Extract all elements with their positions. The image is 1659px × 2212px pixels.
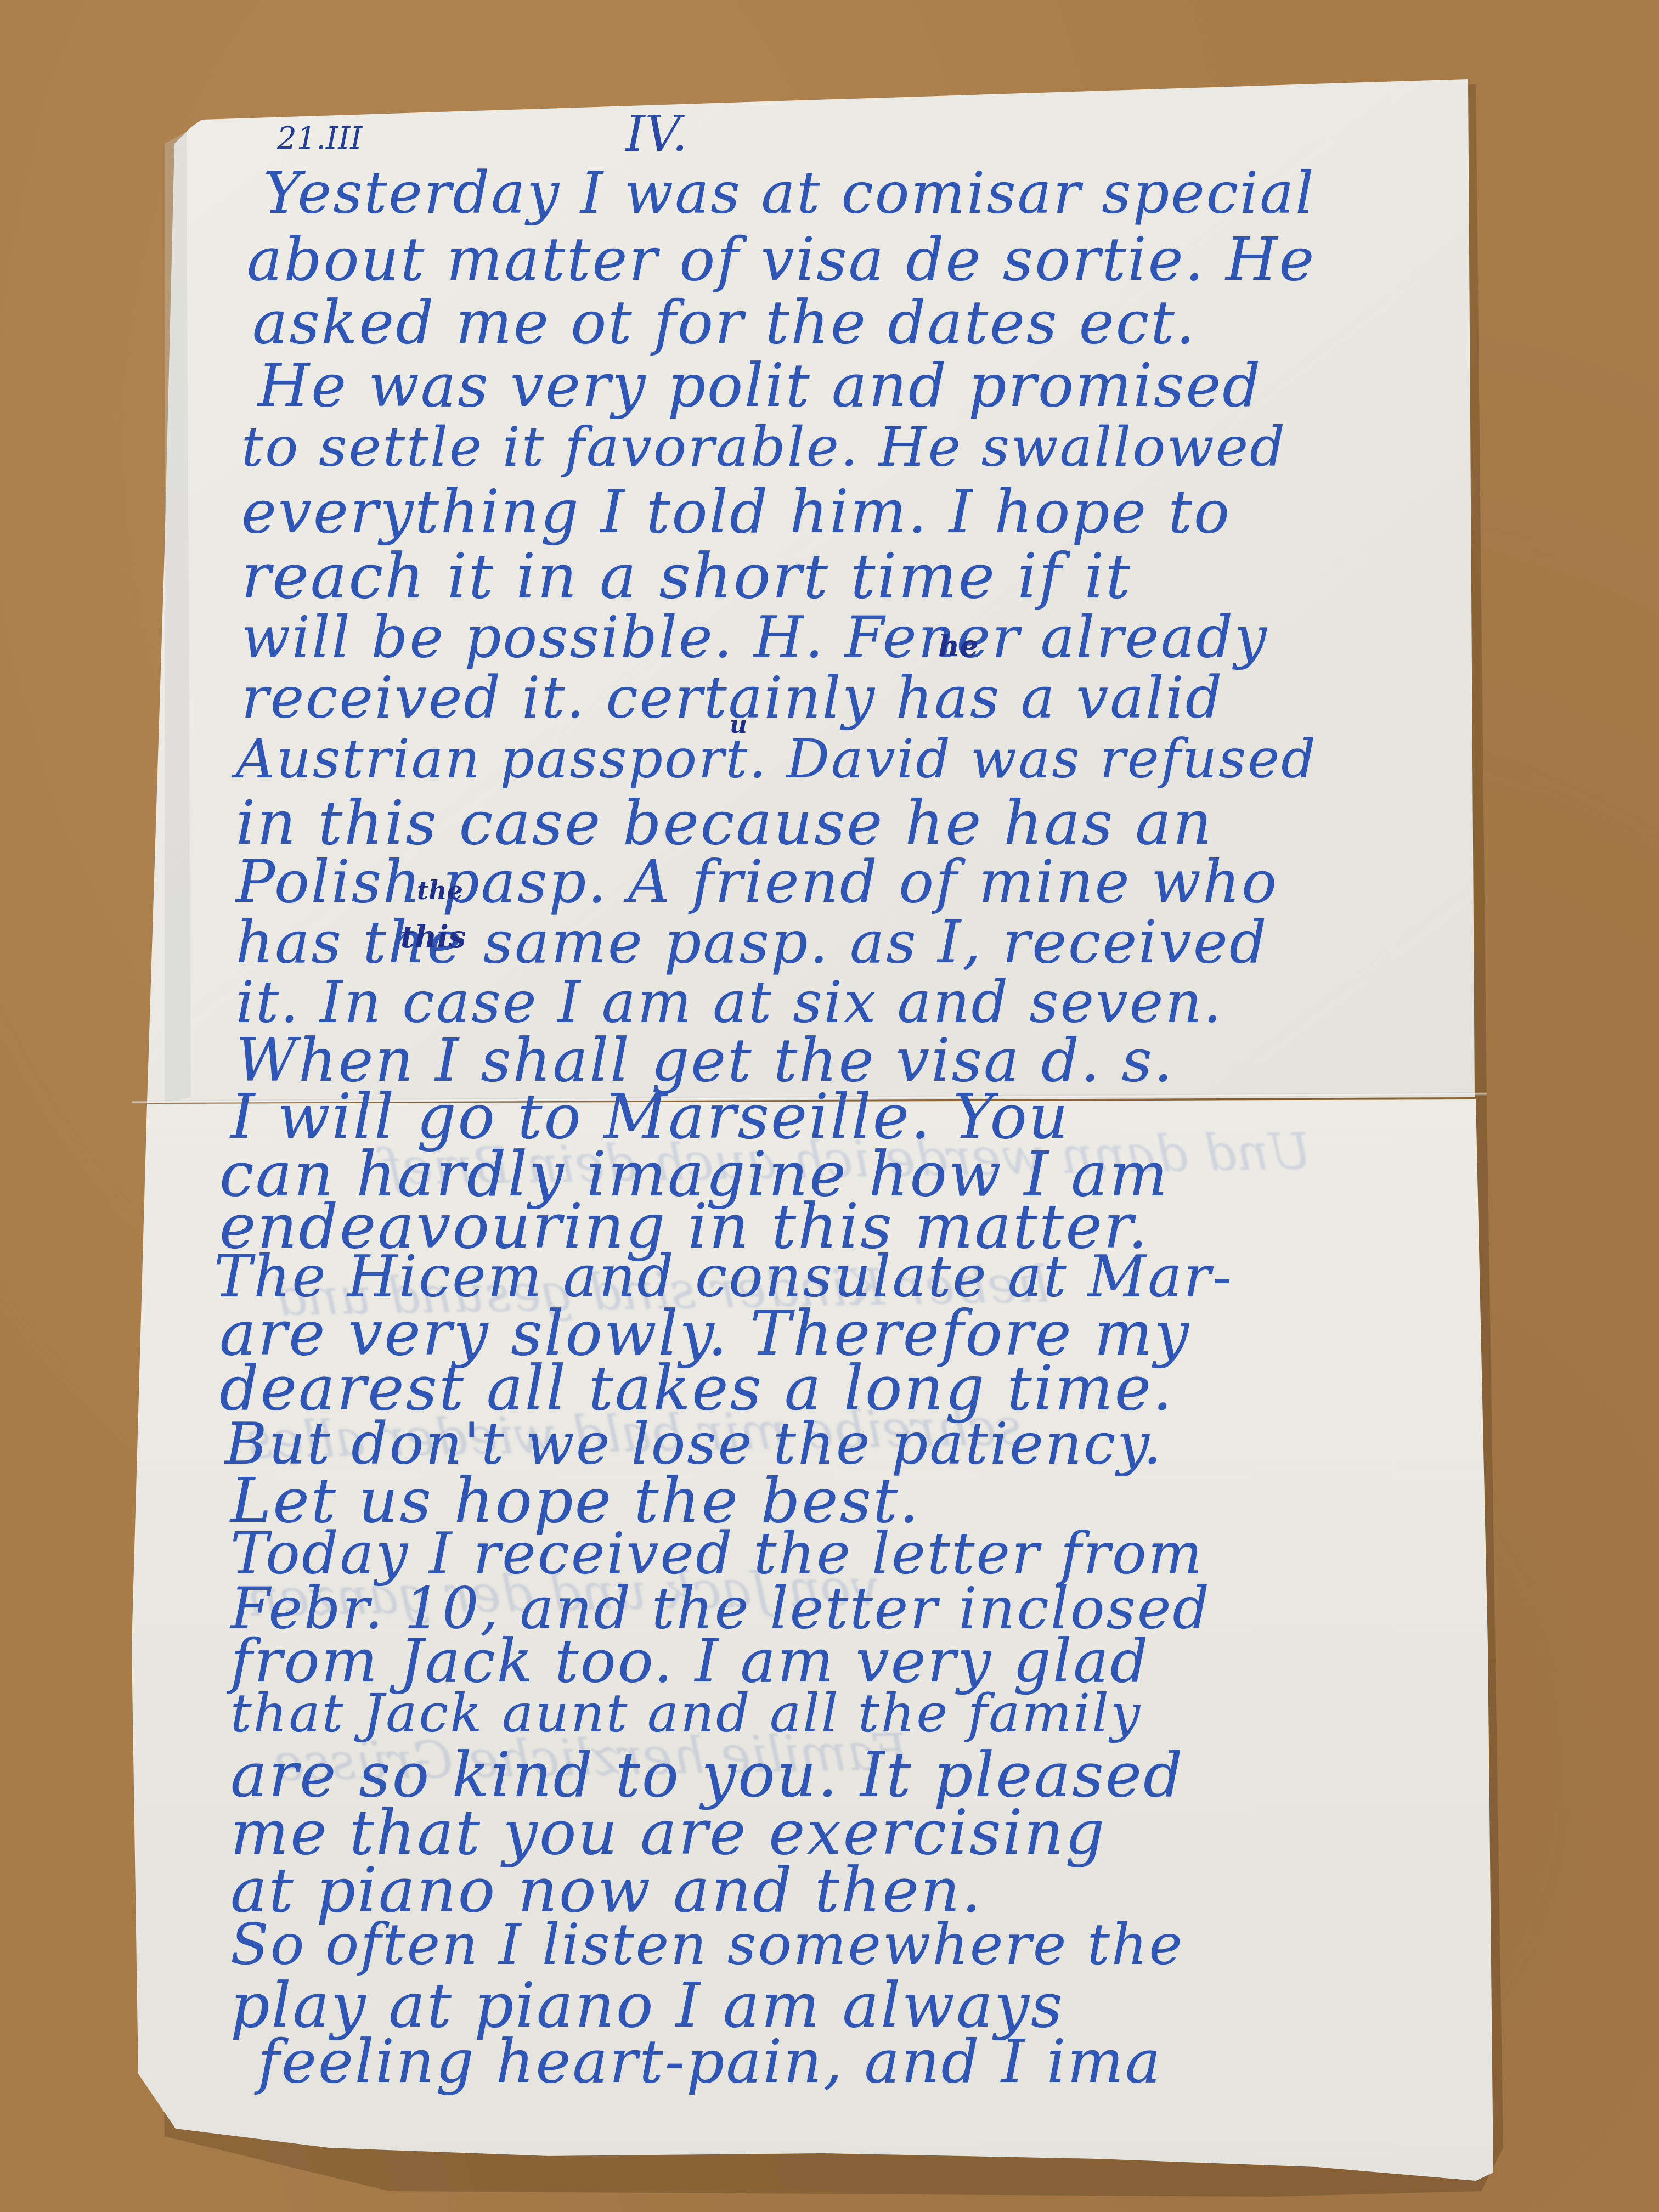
letter-line: Today I received the letter from [230, 1525, 1204, 1582]
letter-line: in this case because he has an [236, 793, 1214, 853]
letter-line: has the same pasp. as I, received [236, 913, 1268, 972]
insertion-he: he [938, 631, 979, 661]
letter-line: The Hicem and consulate at Mar- [214, 1248, 1233, 1305]
letter-line: reach it in a short time if it [241, 546, 1132, 607]
letter-line: So often I listen somewhere the [230, 1917, 1184, 1973]
letter-line: everything I told him. I hope to [241, 483, 1231, 542]
letter-line: feeling heart-pain, and I ima [258, 2033, 1162, 2092]
insertion-the: the [417, 878, 463, 903]
letter-line: it. In case I am at six and seven. [236, 974, 1223, 1031]
letter-line: to settle it favorable. He swallowed [241, 420, 1286, 475]
page-number: IV. [625, 110, 687, 159]
letter-line: Yesterday I was at comisar special [263, 165, 1316, 222]
letter-line: asked me ot for the dates ect. [252, 294, 1197, 353]
letter-line: He was very polit and promised [258, 357, 1262, 416]
letter-line: about matter of visa de sortie. He [247, 230, 1316, 290]
letter-line: Austrian passport. David was refused [236, 732, 1317, 786]
letter-line: will be possible. H. Fener already [241, 609, 1268, 666]
insertion-this: this [400, 922, 466, 952]
letter-date: 21.III [277, 123, 362, 154]
letter-line: But don't we lose the patiency. [225, 1415, 1163, 1472]
insertion-u: u [730, 713, 747, 737]
letter-line: that Jack aunt and all the family [230, 1687, 1142, 1740]
letter-line: Polish pasp. A friend of mine who [236, 853, 1278, 911]
